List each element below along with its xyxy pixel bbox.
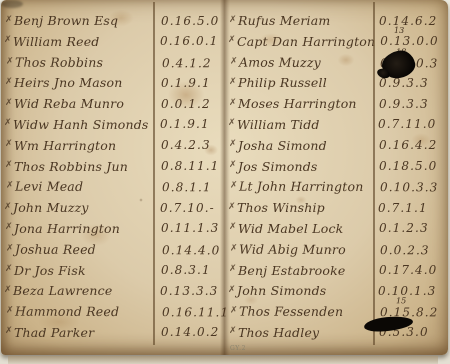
ledger-row: ✗Capt Dan Harrington0.13.0.013 <box>228 32 448 51</box>
ledger-row: ✗Thos Fessenden0.15.8.215 <box>230 302 450 322</box>
entry-check-icon: ✗ <box>230 243 239 253</box>
entry-amount: 0.18.5.0 <box>374 159 449 173</box>
entry-check-icon: ✗ <box>5 98 14 108</box>
ledger-row: ✗Dr Jos Fisk0.8.3.1 <box>5 261 223 280</box>
entry-name: Thos Hadley <box>238 325 374 340</box>
entry-check-icon: ✗ <box>5 264 14 274</box>
entry-name: Philip Russell <box>238 75 374 90</box>
entry-check-icon: ✗ <box>229 222 238 232</box>
entry-check-icon: ✗ <box>229 77 238 87</box>
ledger-row: ✗Rufus Meriam0.14.6.2 <box>229 11 449 30</box>
entry-amount: 0.8.3.1 <box>156 263 223 277</box>
entry-name: Wid Abig Munro <box>239 241 375 256</box>
ledger-row: ✗Jos Simonds0.18.5.0 <box>229 157 449 176</box>
corner-mark: GY.2 <box>230 345 246 352</box>
entry-name: Capt Dan Harrington <box>237 34 375 49</box>
ledger-row: ✗Benj Brown Esq0.16.5.0 <box>5 11 223 30</box>
ledger-row: ✗Lt John Harrington0.10.3.3 <box>230 177 450 197</box>
entry-check-icon: ✗ <box>229 15 238 25</box>
entry-name: Benj Estabrooke <box>238 263 374 278</box>
entry-name: Thos Robbins <box>15 54 157 69</box>
ledger-row: ✗Thos Robbins Jun0.8.11.1 <box>5 157 223 176</box>
entry-check-icon: ✗ <box>229 264 238 274</box>
correction-superscript: 15 <box>396 296 406 305</box>
entry-amount: 0.16.4.2 <box>374 138 449 152</box>
ledger-row: ✗Widw Hanh Simonds0.1.9.1 <box>4 115 222 134</box>
entry-name: Wid Mabel Lock <box>238 221 374 236</box>
entry-amount: 0.8.11.1 <box>156 159 223 173</box>
ledger-row: ✗Thos Robbins0.4.1.2 <box>6 52 224 72</box>
next-page-edge <box>8 356 438 364</box>
entry-amount: 0.14.0.2 <box>156 325 223 339</box>
ledger-row: ✗Thos Winship0.7.1.1 <box>228 198 448 217</box>
ledger-row: ✗Wid Abig Munro0.0.2.3 <box>230 239 450 259</box>
ledger-row: ✗Philip Russell0.9.3.3 <box>229 73 449 92</box>
entry-check-icon: ✗ <box>6 243 15 253</box>
entry-name: Joshua Reed <box>15 241 157 256</box>
entry-check-icon: ✗ <box>230 180 239 190</box>
ink-smudge-bottom <box>1 0 23 8</box>
ledger-row: ✗John Simonds0.10.1.3 <box>228 281 448 300</box>
ledger-row: ✗Jona Harrington0.11.1.3 <box>5 219 223 238</box>
entry-check-icon: ✗ <box>4 118 13 128</box>
entry-check-icon: ✗ <box>4 202 13 212</box>
ledger-row: ✗Heirs Jno Mason0.1.9.1 <box>5 73 223 92</box>
entry-amount: 0.8.1.1 <box>157 180 224 194</box>
column-rule-right-page <box>373 2 375 345</box>
ledger-row: ✗Wid Reba Munro0.0.1.2 <box>5 94 223 113</box>
ledger-row: ✗Thos Hadley0.5.3.0 <box>229 323 449 342</box>
column-rule-left-page <box>153 2 155 345</box>
entry-name: Widw Hanh Simonds <box>13 117 155 132</box>
entry-check-icon: ✗ <box>230 305 239 315</box>
ledger-row: ✗William Tidd0.7.11.0 <box>228 115 448 134</box>
entry-check-icon: ✗ <box>6 56 15 66</box>
correction-superscript: 13 <box>394 26 404 35</box>
ledger-row: ✗Beza Lawrence0.13.3.3 <box>4 281 222 300</box>
entry-amount: 0.9.3.3 <box>374 97 449 111</box>
entry-amount: 0.10.3.3 <box>375 180 450 194</box>
entry-amount: 0.13.3.3 <box>155 284 222 298</box>
entry-name: John Muzzy <box>13 200 155 215</box>
entry-amount: 0.10.1.3 <box>373 284 448 298</box>
entry-name: Thos Fessenden <box>239 304 375 319</box>
ledger-row: ✗Moses Harrington0.9.3.3 <box>229 94 449 113</box>
ledger-row: ✗Benj Estabrooke0.17.4.0 <box>229 261 449 280</box>
entry-check-icon: ✗ <box>5 77 14 87</box>
entry-check-icon: ✗ <box>6 180 15 190</box>
ledger-row: ✗William Reed0.16.0.1 <box>4 32 222 51</box>
entry-amount: 0.0.2.3 <box>375 242 450 256</box>
entry-name: Wid Reba Munro <box>14 96 156 111</box>
entry-amount: 0.1.9.1 <box>155 117 222 131</box>
entry-name: Beza Lawrence <box>13 283 155 298</box>
entry-name: Jona Harrington <box>14 221 156 236</box>
ledger-paper: ✗Benj Brown Esq0.16.5.0✗William Reed0.16… <box>1 0 448 355</box>
ledger-row: ✗Wid Mabel Lock0.1.2.3 <box>229 219 449 238</box>
entry-check-icon: ✗ <box>229 98 238 108</box>
manuscript-photo: ✗Benj Brown Esq0.16.5.0✗William Reed0.16… <box>0 0 450 364</box>
entry-check-icon: ✗ <box>229 139 238 149</box>
entry-amount: 0.1.2.3 <box>374 221 449 235</box>
entry-amount: 0.1.9.1 <box>156 76 223 90</box>
entry-name: Levi Mead <box>15 179 157 194</box>
ledger-row: ✗Levi Mead0.8.1.1 <box>6 177 224 197</box>
entry-check-icon: ✗ <box>6 305 15 315</box>
entry-check-icon: ✗ <box>230 56 239 66</box>
entry-name: Josha Simond <box>238 138 374 153</box>
entry-amount: 0.0.1.2 <box>156 97 223 111</box>
ledger-row: ✗Amos Muzzy0.18.0.318 <box>230 52 450 72</box>
entry-amount: 0.4.1.2 <box>157 55 224 69</box>
ledger-row: ✗Josha Simond0.16.4.2 <box>229 136 449 155</box>
entry-amount: 0.11.1.3 <box>156 221 223 235</box>
ledger-row: ✗John Muzzy0.7.10.- <box>4 198 222 217</box>
entry-amount: 0.14.6.2 <box>374 14 449 28</box>
entry-name: Lt John Harrington <box>239 179 375 194</box>
entry-check-icon: ✗ <box>229 160 238 170</box>
entry-name: Wm Harrington <box>14 138 156 153</box>
ledger-row: ✗Wm Harrington0.4.2.3 <box>5 136 223 155</box>
entry-name: Amos Muzzy <box>239 54 375 69</box>
entry-amount: 0.7.10.- <box>155 201 222 215</box>
entry-name: John Simonds <box>237 283 373 298</box>
page-gutter <box>220 0 230 355</box>
entry-name: Heirs Jno Mason <box>14 75 156 90</box>
entry-check-icon: ✗ <box>4 285 13 295</box>
entry-name: Benj Brown Esq <box>14 13 156 28</box>
entry-check-icon: ✗ <box>5 160 14 170</box>
ledger-row: ✗Thad Parker0.14.0.2 <box>5 323 223 342</box>
entry-name: William Reed <box>13 34 155 49</box>
entry-amount: 0.7.1.1 <box>373 201 448 215</box>
ledger-page-right: ✗Rufus Meriam0.14.6.2✗Capt Dan Harringto… <box>229 0 449 352</box>
entry-name: Thos Winship <box>237 200 373 215</box>
entry-check-icon: ✗ <box>5 222 14 232</box>
entry-amount: 0.4.2.3 <box>156 138 223 152</box>
entry-name: Moses Harrington <box>238 96 374 111</box>
entry-amount: 0.16.11.1 <box>157 305 224 319</box>
entry-amount: 0.14.4.0 <box>157 242 224 256</box>
entry-check-icon: ✗ <box>5 326 14 336</box>
ledger-page-left: ✗Benj Brown Esq0.16.5.0✗William Reed0.16… <box>5 0 223 352</box>
entry-amount: 0.7.11.0 <box>373 117 448 131</box>
entry-amount: 0.17.4.0 <box>374 263 449 277</box>
entry-check-icon: ✗ <box>5 15 14 25</box>
entry-name: Dr Jos Fisk <box>14 263 156 278</box>
entry-name: Hammond Reed <box>15 304 157 319</box>
entry-name: William Tidd <box>237 117 373 132</box>
entry-amount: 0.16.5.0 <box>156 14 223 28</box>
entry-check-icon: ✗ <box>4 35 13 45</box>
entry-check-icon: ✗ <box>229 326 238 336</box>
ledger-row: ✗Hammond Reed0.16.11.1 <box>6 302 224 322</box>
entry-name: Thos Robbins Jun <box>14 159 156 174</box>
entry-check-icon: ✗ <box>5 139 14 149</box>
ledger-row: ✗Joshua Reed0.14.4.0 <box>6 239 224 259</box>
entry-name: Thad Parker <box>14 325 156 340</box>
entry-name: Rufus Meriam <box>238 13 374 28</box>
entry-name: Jos Simonds <box>238 159 374 174</box>
entry-amount: 0.16.0.1 <box>155 34 222 48</box>
entry-amount: 0.13.0.0 <box>375 34 450 48</box>
